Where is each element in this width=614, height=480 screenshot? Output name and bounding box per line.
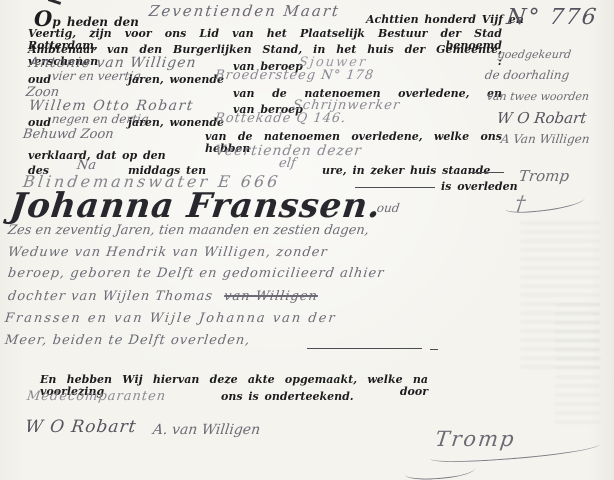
filler-rule: [470, 172, 504, 173]
printed-is-overleden: is overleden: [441, 181, 518, 193]
father-line-text: dochter van Wijlen Thomas: [7, 289, 214, 304]
deceased-origin-line: beroep, geboren te Delft en gedomiciliee…: [7, 267, 385, 281]
margin-note-twee-woorden: van twee woorden: [486, 91, 590, 103]
printed-year-words: Achttien honderd Vijf en: [366, 14, 524, 26]
struck-words: van Willigen: [223, 289, 319, 304]
declarant2-relation: Behuwd Zoon: [22, 128, 114, 142]
margin-signature-tromp: Tromp: [518, 168, 570, 185]
deceased-mother-line: Meer, beiden te Delft overleden,: [4, 334, 251, 348]
printed-jaren-wonende-1: jaren, wonende: [128, 74, 224, 86]
printed-ure-tekst: ure, in zeker huis staande: [322, 165, 490, 177]
scan-edge-mark: [48, 0, 61, 5]
printed-verklaard: verklaard, dat op den: [28, 150, 166, 162]
death-certificate-scan: Op heden den Zeventienden Maart Achttien…: [0, 0, 614, 480]
filler-rule: [430, 349, 438, 350]
margin-signature-robart: W O Robart: [496, 110, 587, 127]
inserted-word: Medecomparanten: [26, 390, 167, 404]
deceased-age-line: Zes en zeventig Jaren, tien maanden en z…: [7, 224, 370, 238]
margin-signature-willigen: A Van Willigen: [500, 133, 590, 146]
deceased-name: Johanna Franssen.: [8, 188, 383, 225]
death-hour: elf: [278, 157, 296, 171]
handwritten-date: Zeventienden Maart: [148, 3, 341, 20]
margin-note-goedgekeurd: goedgekeurd: [497, 49, 572, 61]
deceased-father-line2: Franssen en van Wijle Johanna van der: [4, 312, 337, 326]
deceased-father-line: dochter van Wijlen Thomas van Willigen: [7, 290, 319, 304]
act-number: N° 776: [505, 6, 599, 30]
tromp-signature-flourish: [405, 462, 476, 480]
signature-willigen: A. van Willigen: [152, 423, 261, 438]
filler-rule: [307, 348, 422, 349]
declarant1-address: Broedersteeg N° 178: [214, 69, 375, 83]
printed-jaren-wonende-2: jaren, wonende: [128, 117, 224, 129]
printed-closing2: ons is onderteekend.: [221, 391, 354, 403]
oud-after-name: oud: [376, 202, 400, 215]
deceased-widow-line: Weduwe van Hendrik van Willigen, zonder: [7, 246, 328, 260]
declarant2-address: Rottekade Q 146.: [214, 112, 347, 126]
margin-note-doorhaling: de doorhaling: [484, 69, 570, 82]
signature-robart: W O Robart: [24, 418, 138, 437]
bleed-through-texture: [555, 300, 600, 430]
